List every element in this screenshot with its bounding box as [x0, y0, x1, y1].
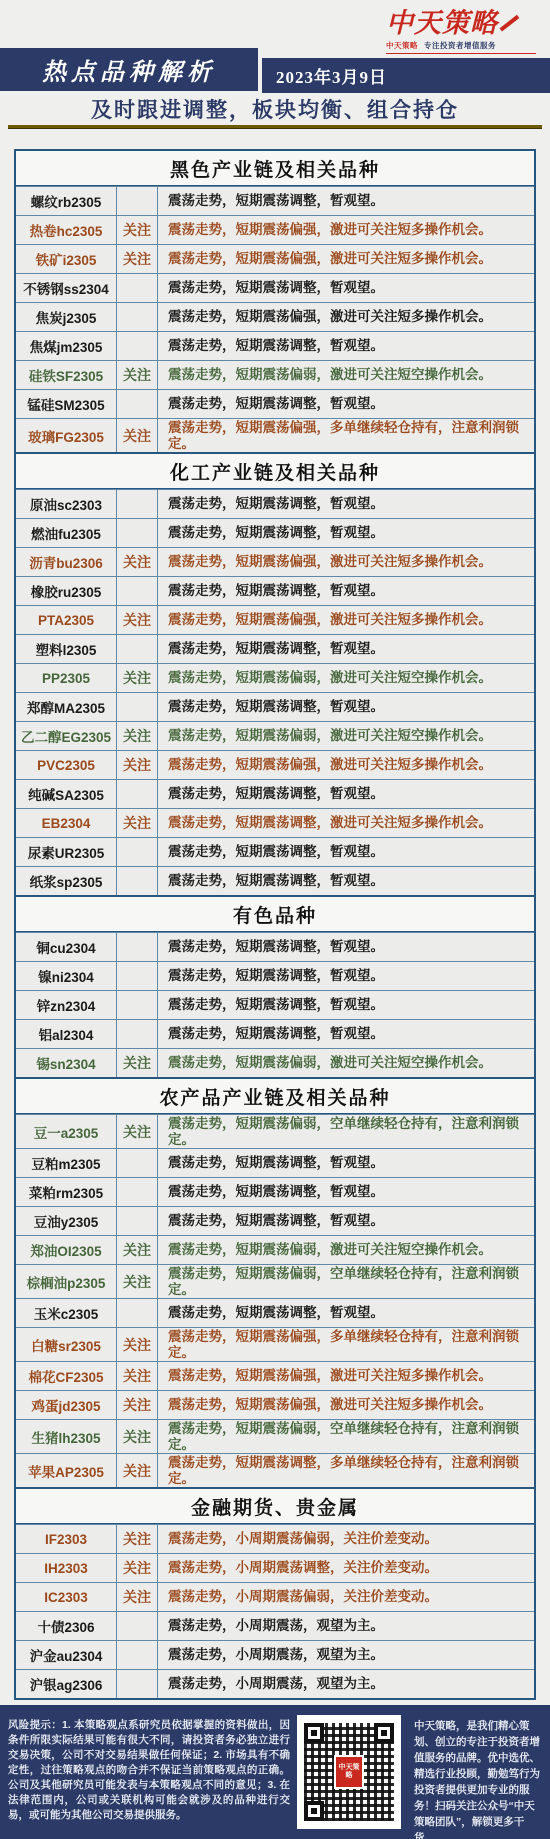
strategy-comment: 震荡走势，短期震荡调整，暂观望。: [158, 838, 534, 866]
strategy-comment: 震荡走势，短期震荡偏弱，激进可关注短空操作机会。: [158, 664, 534, 692]
qr-pattern: 中天策略: [304, 1723, 394, 1821]
table-row: 尿素UR2305震荡走势，短期震荡调整，暂观望。: [16, 837, 534, 866]
strategy-comment: 震荡走势，短期震荡调整，暂观望。: [158, 1299, 534, 1327]
footer: 风险提示：1. 本策略观点系研究员依据掌握的资料做出，因条件所限实际结果可能有很…: [0, 1705, 550, 1839]
attention-tag: 关注: [117, 216, 158, 244]
contract-name: 尿素UR2305: [16, 838, 117, 866]
attention-tag: 关注: [117, 245, 158, 273]
attention-tag: 关注: [117, 1454, 158, 1487]
attention-tag: [117, 490, 158, 518]
contract-name: 郑醇MA2305: [16, 693, 117, 721]
strategy-comment: 震荡走势，短期震荡调整，暂观望。: [158, 519, 534, 547]
attention-tag: 关注: [117, 1049, 158, 1077]
table-row: 焦炭j2305震荡走势，短期震荡偏强，激进可关注短多操作机会。: [16, 302, 534, 331]
strategy-comment: 震荡走势，短期震荡偏强，激进可关注短多操作机会。: [158, 216, 534, 244]
attention-tag: [117, 332, 158, 360]
attention-tag: [117, 1020, 158, 1048]
strategy-comment: 震荡走势，短期震荡偏弱，激进可关注短空操作机会。: [158, 1236, 534, 1264]
attention-tag: [117, 1149, 158, 1177]
table-row: 沪金au2304震荡走势，小周期震荡，观望为主。: [16, 1640, 534, 1669]
strategy-comment: 震荡走势，短期震荡调整，暂观望。: [158, 187, 534, 215]
contract-name: 热卷hc2305: [16, 216, 117, 244]
section-header: 农产品产业链及相关品种: [16, 1077, 534, 1114]
attention-tag: 关注: [117, 1583, 158, 1611]
strategy-comment: 震荡走势，小周期震荡，观望为主。: [158, 1670, 534, 1698]
table-row: 生猪lh2305关注震荡走势，短期震荡偏弱，空单继续轻仓持有，注意利润锁定。: [16, 1419, 534, 1453]
contract-name: 豆油y2305: [16, 1207, 117, 1235]
table-row: 不锈钢ss2304震荡走势，短期震荡调整，暂观望。: [16, 273, 534, 302]
table-row: 乙二醇EG2305关注震荡走势，短期震荡偏弱，激进可关注短空操作机会。: [16, 721, 534, 750]
strategy-comment: 震荡走势，小周期震荡偏弱，关注价差变动。: [158, 1525, 534, 1553]
attention-tag: [117, 693, 158, 721]
contract-name: EB2304: [16, 809, 117, 837]
table-row: 十债2306震荡走势，小周期震荡，观望为主。: [16, 1611, 534, 1640]
strategy-comment: 震荡走势，短期震荡调整，暂观望。: [158, 867, 534, 895]
strategy-comment: 震荡走势，短期震荡调整，暂观望。: [158, 1149, 534, 1177]
strategy-comment: 震荡走势，短期震荡调整，暂观望。: [158, 635, 534, 663]
risk-disclaimer: 风险提示：1. 本策略观点系研究员依据掌握的资料做出，因条件所限实际结果可能有很…: [8, 1718, 290, 1823]
strategy-comment: 震荡走势，短期震荡偏强，激进可关注短多操作机会。: [158, 751, 534, 779]
table-row: 螺纹rb2305震荡走势，短期震荡调整，暂观望。: [16, 186, 534, 215]
qr-code: 中天策略: [297, 1715, 401, 1829]
table-row: 豆粕m2305震荡走势，短期震荡调整，暂观望。: [16, 1148, 534, 1177]
contract-name: PVC2305: [16, 751, 117, 779]
analysis-table: 黑色产业链及相关品种螺纹rb2305震荡走势，短期震荡调整，暂观望。热卷hc23…: [14, 149, 536, 1700]
contract-name: PTA2305: [16, 606, 117, 634]
attention-tag: [117, 577, 158, 605]
table-row: 塑料l2305震荡走势，短期震荡调整，暂观望。: [16, 634, 534, 663]
attention-tag: [117, 635, 158, 663]
attention-tag: [117, 962, 158, 990]
contract-name: 白糖sr2305: [16, 1328, 117, 1361]
qr-finder-icon: [304, 1723, 324, 1743]
attention-tag: 关注: [117, 664, 158, 692]
attention-tag: [117, 867, 158, 895]
attention-tag: 关注: [117, 722, 158, 750]
strategy-comment: 震荡走势，短期震荡偏弱，空单继续轻仓持有，注意利润锁定。: [158, 1115, 534, 1148]
attention-tag: [117, 838, 158, 866]
contract-name: 纸浆sp2305: [16, 867, 117, 895]
table-row: 沪银ag2306震荡走势，小周期震荡，观望为主。: [16, 1669, 534, 1698]
contract-name: 豆粕m2305: [16, 1149, 117, 1177]
strategy-comment: 震荡走势，短期震荡调整，暂观望。: [158, 1020, 534, 1048]
strategy-comment: 震荡走势，短期震荡偏强，激进可关注短多操作机会。: [158, 1391, 534, 1419]
table-row: 豆一a2305关注震荡走势，短期震荡偏弱，空单继续轻仓持有，注意利润锁定。: [16, 1114, 534, 1148]
table-row: IC2303关注震荡走势，小周期震荡偏弱，关注价差变动。: [16, 1582, 534, 1611]
strategy-comment: 震荡走势，短期震荡偏弱，空单继续轻仓持有，注意利润锁定。: [158, 1420, 534, 1453]
attention-tag: [117, 1641, 158, 1669]
table-row: IH2303关注震荡走势，小周期震荡调整，关注价差变动。: [16, 1553, 534, 1582]
table-row: 玉米c2305震荡走势，短期震荡调整，暂观望。: [16, 1298, 534, 1327]
attention-tag: 关注: [117, 1391, 158, 1419]
attention-tag: [117, 780, 158, 808]
attention-tag: 关注: [117, 809, 158, 837]
strategy-comment: 震荡走势，小周期震荡偏弱，关注价差变动。: [158, 1583, 534, 1611]
attention-tag: [117, 390, 158, 418]
contract-name: 郑油OI2305: [16, 1236, 117, 1264]
table-row: 鸡蛋jd2305关注震荡走势，短期震荡偏强，激进可关注短多操作机会。: [16, 1390, 534, 1419]
strategy-comment: 震荡走势，短期震荡调整，暂观望。: [158, 577, 534, 605]
attention-tag: 关注: [117, 751, 158, 779]
attention-tag: [117, 1207, 158, 1235]
strategy-comment: 震荡走势，短期震荡偏弱，激进可关注短空操作机会。: [158, 361, 534, 389]
table-row: 锰硅SM2305震荡走势，短期震荡调整，暂观望。: [16, 389, 534, 418]
strategy-comment: 震荡走势，短期震荡调整，暂观望。: [158, 490, 534, 518]
attention-tag: [117, 303, 158, 331]
strategy-comment: 震荡走势，短期震荡偏弱，空单继续轻仓持有，注意利润锁定。: [158, 1265, 534, 1298]
attention-tag: 关注: [117, 1236, 158, 1264]
table-row: 铁矿i2305关注震荡走势，短期震荡偏强，激进可关注短多操作机会。: [16, 244, 534, 273]
contract-name: 螺纹rb2305: [16, 187, 117, 215]
strategy-comment: 震荡走势，短期震荡偏强，激进可关注短多操作机会。: [158, 245, 534, 273]
contract-name: 锰硅SM2305: [16, 390, 117, 418]
strategy-comment: 震荡走势，短期震荡调整，多单继续轻仓持有，注意利润锁定。: [158, 1454, 534, 1487]
table-row: 热卷hc2305关注震荡走势，短期震荡偏强，激进可关注短多操作机会。: [16, 215, 534, 244]
contract-name: 硅铁SF2305: [16, 361, 117, 389]
attention-tag: 关注: [117, 1554, 158, 1582]
contract-name: 塑料l2305: [16, 635, 117, 663]
table-row: 焦煤jm2305震荡走势，短期震荡调整，暂观望。: [16, 331, 534, 360]
strategy-comment: 震荡走势，小周期震荡，观望为主。: [158, 1641, 534, 1669]
table-row: 原油sc2303震荡走势，短期震荡调整，暂观望。: [16, 489, 534, 518]
attention-tag: [117, 187, 158, 215]
strategy-comment: 震荡走势，短期震荡偏强，多单继续轻仓持有，注意利润锁定。: [158, 1328, 534, 1361]
qr-center-logo: 中天策略: [334, 1755, 364, 1789]
contract-name: 棕榈油p2305: [16, 1265, 117, 1298]
table-row: 纯碱SA2305震荡走势，短期震荡调整，暂观望。: [16, 779, 534, 808]
table-row: 郑醇MA2305震荡走势，短期震荡调整，暂观望。: [16, 692, 534, 721]
table-row: IF2303关注震荡走势，小周期震荡偏弱，关注价差变动。: [16, 1524, 534, 1553]
brand-logo-text: 中天策略: [386, 8, 536, 37]
brand-promo-text: 中天策略，是我们精心策划、创立的专注于投资者增值服务的品牌。优中选优、精选行业投…: [414, 1718, 544, 1839]
strategy-comment: 震荡走势，短期震荡调整，暂观望。: [158, 933, 534, 961]
report-date: 2023年3月9日: [262, 58, 550, 93]
table-row: 纸浆sp2305震荡走势，短期震荡调整，暂观望。: [16, 866, 534, 895]
attention-tag: [117, 991, 158, 1019]
banner-title: 热点品种解析: [0, 48, 258, 91]
contract-name: PP2305: [16, 664, 117, 692]
contract-name: 橡胶ru2305: [16, 577, 117, 605]
strategy-comment: 震荡走势，短期震荡调整，暂观望。: [158, 1178, 534, 1206]
attention-tag: 关注: [117, 1362, 158, 1390]
contract-name: 铜cu2304: [16, 933, 117, 961]
brand-tagline: 中天策略专注投资者增值服务: [386, 40, 536, 54]
table-row: 玻璃FG2305关注震荡走势，短期震荡偏强，多单继续轻仓持有，注意利润锁定。: [16, 418, 534, 452]
table-row: 豆油y2305震荡走势，短期震荡调整，暂观望。: [16, 1206, 534, 1235]
strategy-comment: 震荡走势，短期震荡调整，暂观望。: [158, 390, 534, 418]
attention-tag: 关注: [117, 548, 158, 576]
contract-name: 锌zn2304: [16, 991, 117, 1019]
contract-name: 十债2306: [16, 1612, 117, 1640]
table-row: 铜cu2304震荡走势，短期震荡调整，暂观望。: [16, 932, 534, 961]
strategy-comment: 震荡走势，短期震荡调整，暂观望。: [158, 780, 534, 808]
attention-tag: [117, 1612, 158, 1640]
strategy-comment: 震荡走势，小周期震荡，观望为主。: [158, 1612, 534, 1640]
attention-tag: [117, 1670, 158, 1698]
strategy-comment: 震荡走势，短期震荡偏强，多单继续轻仓持有，注意利润锁定。: [158, 419, 534, 452]
table-row: 硅铁SF2305关注震荡走势，短期震荡偏弱，激进可关注短空操作机会。: [16, 360, 534, 389]
contract-name: 玻璃FG2305: [16, 419, 117, 452]
strategy-comment: 震荡走势，短期震荡调整，暂观望。: [158, 962, 534, 990]
table-row: 白糖sr2305关注震荡走势，短期震荡偏强，多单继续轻仓持有，注意利润锁定。: [16, 1327, 534, 1361]
table-row: PTA2305关注震荡走势，短期震荡偏强，激进可关注短多操作机会。: [16, 605, 534, 634]
strategy-comment: 震荡走势，短期震荡偏强，激进可关注短多操作机会。: [158, 1362, 534, 1390]
table-row: 苹果AP2305关注震荡走势，短期震荡调整，多单继续轻仓持有，注意利润锁定。: [16, 1453, 534, 1487]
contract-name: 焦煤jm2305: [16, 332, 117, 360]
contract-name: 沥青bu2306: [16, 548, 117, 576]
section-header: 黑色产业链及相关品种: [16, 151, 534, 186]
attention-tag: 关注: [117, 1115, 158, 1148]
section-header: 金融期货、贵金属: [16, 1487, 534, 1524]
attention-tag: [117, 519, 158, 547]
strategy-comment: 震荡走势，短期震荡偏强，激进可关注短多操作机会。: [158, 303, 534, 331]
contract-name: 苹果AP2305: [16, 1454, 117, 1487]
contract-name: 不锈钢ss2304: [16, 274, 117, 302]
contract-name: 乙二醇EG2305: [16, 722, 117, 750]
contract-name: 沪银ag2306: [16, 1670, 117, 1698]
attention-tag: 关注: [117, 361, 158, 389]
table-row: 沥青bu2306关注震荡走势，短期震荡偏强，激进可关注短多操作机会。: [16, 547, 534, 576]
qr-finder-icon: [374, 1723, 394, 1743]
table-row: PVC2305关注震荡走势，短期震荡偏强，激进可关注短多操作机会。: [16, 750, 534, 779]
attention-tag: 关注: [117, 1420, 158, 1453]
attention-tag: [117, 1178, 158, 1206]
contract-name: 菜粕rm2305: [16, 1178, 117, 1206]
contract-name: 焦炭j2305: [16, 303, 117, 331]
table-row: 橡胶ru2305震荡走势，短期震荡调整，暂观望。: [16, 576, 534, 605]
strategy-comment: 震荡走势，短期震荡调整，暂观望。: [158, 693, 534, 721]
contract-name: IC2303: [16, 1583, 117, 1611]
table-row: 棉花CF2305关注震荡走势，短期震荡偏强，激进可关注短多操作机会。: [16, 1361, 534, 1390]
contract-name: 镍ni2304: [16, 962, 117, 990]
strategy-comment: 震荡走势，短期震荡偏强，激进可关注短多操作机会。: [158, 548, 534, 576]
table-row: 铝al2304震荡走势，短期震荡调整，暂观望。: [16, 1019, 534, 1048]
contract-name: IF2303: [16, 1525, 117, 1553]
strategy-comment: 震荡走势，短期震荡调整，暂观望。: [158, 1207, 534, 1235]
strategy-comment: 震荡走势，短期震荡调整，暂观望。: [158, 991, 534, 1019]
table-row: 郑油OI2305关注震荡走势，短期震荡偏弱，激进可关注短空操作机会。: [16, 1235, 534, 1264]
report-subtitle: 及时跟进调整，板块均衡、组合持仓: [0, 94, 550, 124]
attention-tag: [117, 1299, 158, 1327]
contract-name: 原油sc2303: [16, 490, 117, 518]
strategy-comment: 震荡走势，短期震荡偏强，激进可关注短多操作机会。: [158, 606, 534, 634]
strategy-comment: 震荡走势，小周期震荡调整，关注价差变动。: [158, 1554, 534, 1582]
attention-tag: 关注: [117, 419, 158, 452]
table-row: 镍ni2304震荡走势，短期震荡调整，暂观望。: [16, 961, 534, 990]
strategy-comment: 震荡走势，短期震荡调整，暂观望。: [158, 332, 534, 360]
table-row: 燃油fu2305震荡走势，短期震荡调整，暂观望。: [16, 518, 534, 547]
contract-name: 玉米c2305: [16, 1299, 117, 1327]
table-row: 锌zn2304震荡走势，短期震荡调整，暂观望。: [16, 990, 534, 1019]
attention-tag: 关注: [117, 1328, 158, 1361]
contract-name: IH2303: [16, 1554, 117, 1582]
section-header: 有色品种: [16, 895, 534, 932]
table-row: PP2305关注震荡走势，短期震荡偏弱，激进可关注短空操作机会。: [16, 663, 534, 692]
contract-name: 铝al2304: [16, 1020, 117, 1048]
attention-tag: 关注: [117, 1265, 158, 1298]
table-row: EB2304关注震荡走势，短期震荡调整，激进可关注短多操作机会。: [16, 808, 534, 837]
strategy-comment: 震荡走势，短期震荡偏弱，激进可关注短空操作机会。: [158, 722, 534, 750]
qr-finder-icon: [304, 1801, 324, 1821]
contract-name: 鸡蛋jd2305: [16, 1391, 117, 1419]
contract-name: 燃油fu2305: [16, 519, 117, 547]
table-row: 棕榈油p2305关注震荡走势，短期震荡偏弱，空单继续轻仓持有，注意利润锁定。: [16, 1264, 534, 1298]
brand-logo: 中天策略 中天策略专注投资者增值服务: [386, 8, 536, 54]
attention-tag: [117, 274, 158, 302]
contract-name: 铁矿i2305: [16, 245, 117, 273]
contract-name: 豆一a2305: [16, 1115, 117, 1148]
attention-tag: 关注: [117, 1525, 158, 1553]
contract-name: 纯碱SA2305: [16, 780, 117, 808]
contract-name: 棉花CF2305: [16, 1362, 117, 1390]
contract-name: 锡sn2304: [16, 1049, 117, 1077]
table-row: 锡sn2304关注震荡走势，短期震荡偏弱，激进可关注短空操作机会。: [16, 1048, 534, 1077]
attention-tag: 关注: [117, 606, 158, 634]
contract-name: 沪金au2304: [16, 1641, 117, 1669]
strategy-comment: 震荡走势，短期震荡调整，激进可关注短多操作机会。: [158, 809, 534, 837]
attention-tag: [117, 933, 158, 961]
table-row: 菜粕rm2305震荡走势，短期震荡调整，暂观望。: [16, 1177, 534, 1206]
contract-name: 生猪lh2305: [16, 1420, 117, 1453]
divider-line: [8, 125, 542, 129]
strategy-comment: 震荡走势，短期震荡偏弱，激进可关注短空操作机会。: [158, 1049, 534, 1077]
strategy-comment: 震荡走势，短期震荡调整，暂观望。: [158, 274, 534, 302]
section-header: 化工产业链及相关品种: [16, 452, 534, 489]
